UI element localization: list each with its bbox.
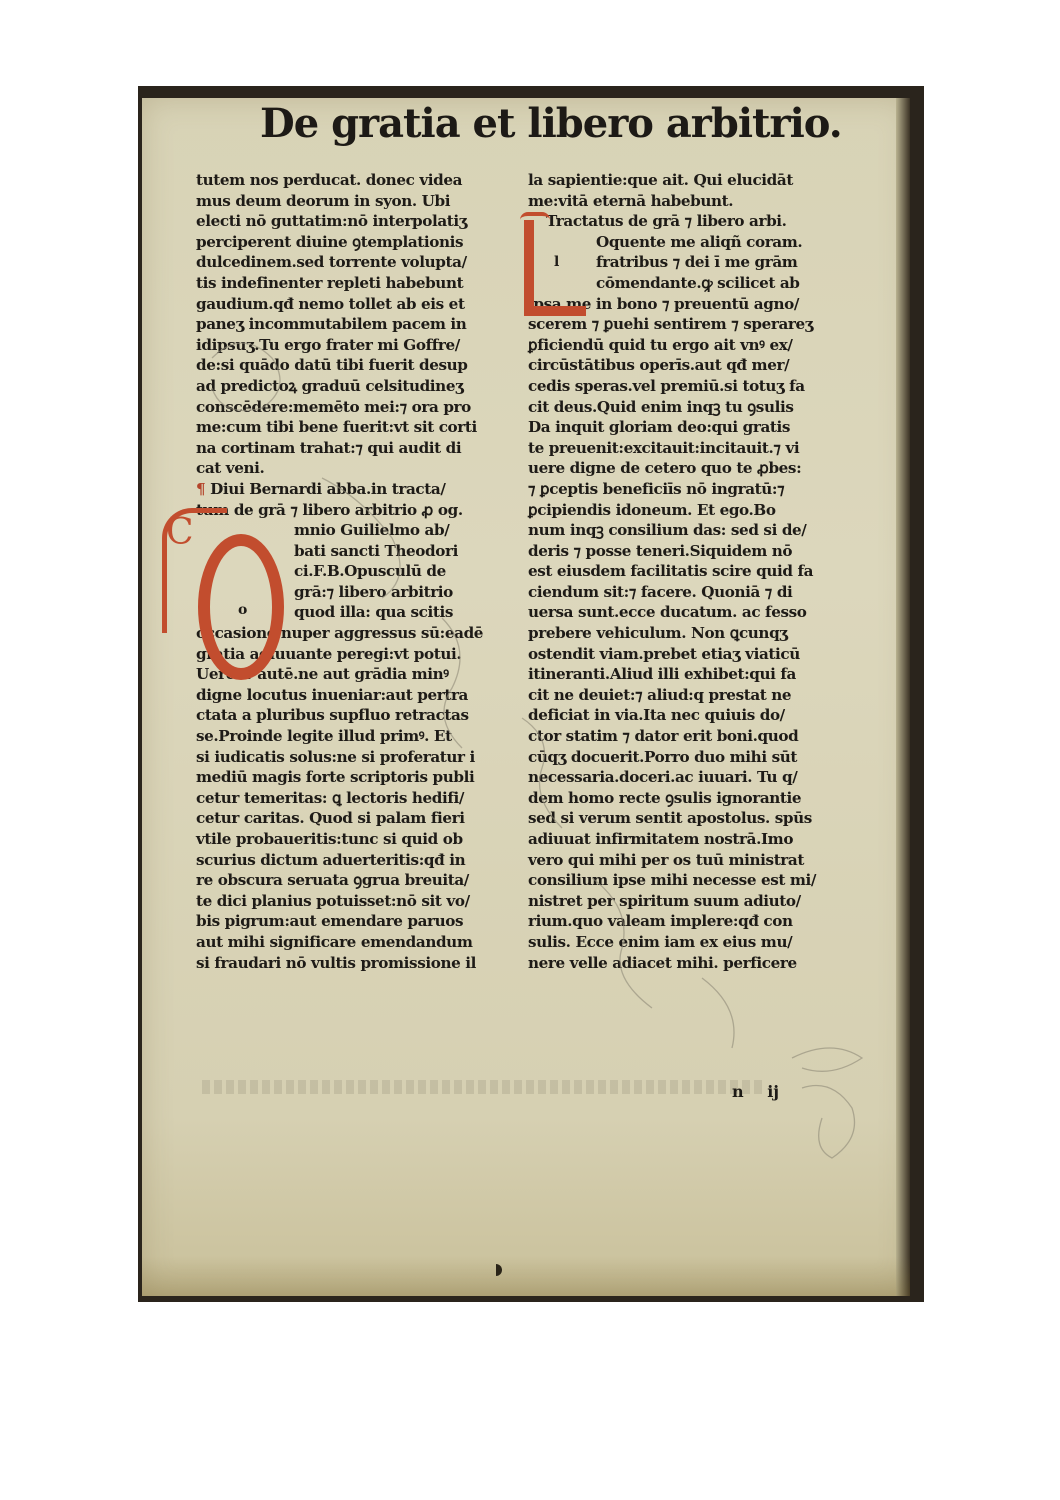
text-line: se.Proinde legite illud primꝰ. Et xyxy=(196,726,536,747)
text-line: consilium ipse mihi necesse est mi/ xyxy=(528,870,878,891)
text-line: necessaria.doceri.ac iuuari. Tu q/ xyxy=(528,767,878,788)
text-line: ciendum sit:⁊ facere. Quoniā ⁊ di xyxy=(528,582,878,603)
text-line: vero qui mihi per os tuū ministrat xyxy=(528,850,878,871)
text-line: ꝑcipiendis idoneum. Et ego.Bo xyxy=(528,500,878,521)
text-line: nistret per spiritum suum adiuto/ xyxy=(528,891,878,912)
text-line: gaudium.qđ nemo tollet ab eis et xyxy=(196,294,536,315)
text-line: prebere vehiculum. Non ꝗcunqʒ xyxy=(528,623,878,644)
text-line: me:vitā eternā habebunt. xyxy=(528,191,878,212)
text-line: bis pigrum:aut emendare paruos xyxy=(196,911,536,932)
text-line: cūqʒ docuerit.Porro duo mihi sūt xyxy=(528,747,878,768)
text-line: si fraudari nō vultis promissione il xyxy=(196,953,536,974)
scanned-page-frame: De gratia et libero arbitrio. tutem nos … xyxy=(138,86,924,1302)
text-line: ctor statim ⁊ dator erit boni.quod xyxy=(528,726,878,747)
leaf-foot-stain xyxy=(142,1256,910,1296)
rubric-heading-line: ¶ Diui Bernardi abba.in tracta/ xyxy=(196,479,536,500)
text-line: ostendit viam.prebet etiaʒ viaticū xyxy=(528,644,878,665)
text-line: digne locutus inueniar:aut pertra xyxy=(196,685,536,706)
text-line: cit deus.Quid enim inqꝫ tu ꝯsulis xyxy=(528,397,878,418)
heading-text: Diui Bernardi abba.in tracta/ xyxy=(210,480,445,498)
text-line: itineranti.Aliud illi exhibet:qui fa xyxy=(528,664,878,685)
text-line: perciperent diuine ꝯtemplationis xyxy=(196,232,536,253)
text-line: re obscura seruata ꝯgrua breuita/ xyxy=(196,870,536,891)
text-line: cit ne deuiet:⁊ aliud:q prestat ne xyxy=(528,685,878,706)
text-line: idipsuʒ.Tu ergo frater mi Goffre/ xyxy=(196,335,536,356)
text-line: ad predictoꝝ graduū celsitudineʒ xyxy=(196,376,536,397)
text-line: ꝑficiendū quid tu ergo ait vnꝰ ex/ xyxy=(528,335,878,356)
ink-offset-ghost-line xyxy=(202,1080,762,1094)
text-line: cetur caritas. Quod si palam fieri xyxy=(196,808,536,829)
guide-letter: l xyxy=(554,254,559,270)
text-line: la sapientie:que ait. Qui elucidāt xyxy=(528,170,878,191)
text-line: ctata a pluribus supfluo retractas xyxy=(196,705,536,726)
text-line: circūstātibus operīs.aut qđ mer/ xyxy=(528,355,878,376)
rubricated-initial-o: o xyxy=(198,534,284,680)
text-line: scurius dictum aduerteritis:qđ in xyxy=(196,850,536,871)
guide-letter: o xyxy=(238,602,247,618)
text-line: si iudicatis solus:ne si proferatur i xyxy=(196,747,536,768)
text-line: mediū magis forte scriptoris publi xyxy=(196,767,536,788)
signature-mark: n ij xyxy=(732,1082,779,1101)
text-line: tis indefinenter repleti habebunt xyxy=(196,273,536,294)
rubricated-initial-l: l xyxy=(524,220,586,316)
text-line: te dici planius potuisset:nō sit vo/ xyxy=(196,891,536,912)
text-line: uere digne de cetero quo te ꝓbes: xyxy=(528,458,878,479)
text-line: electi nō guttatim:nō interpolatiʒ xyxy=(196,211,536,232)
text-line: cat veni. xyxy=(196,458,536,479)
running-head: De gratia et libero arbitrio. xyxy=(260,100,780,147)
text-line: cedis speras.vel premiū.si totuʒ fa xyxy=(528,376,878,397)
paper-leaf: De gratia et libero arbitrio. tutem nos … xyxy=(142,98,910,1296)
text-line: sed si verum sentit apostolus. spūs xyxy=(528,808,878,829)
text-line: nere velle adiacet mihi. perficere xyxy=(528,953,878,974)
text-line: vtile probaueritis:tunc si quid ob xyxy=(196,829,536,850)
text-line: deris ⁊ posse teneri.Siquidem nō xyxy=(528,541,878,562)
text-line: de:si quādo datū tibi fuerit desup xyxy=(196,355,536,376)
text-line: mus deum deorum in syon. Ubi xyxy=(196,191,536,212)
text-line: dem homo recte ꝯsulis ignorantie xyxy=(528,788,878,809)
text-line: scerem ⁊ ꝑuehi sentirem ⁊ sperareʒ xyxy=(528,314,878,335)
text-line: uersa sunt.ecce ducatum. ac fesso xyxy=(528,602,878,623)
text-line: ⁊ ꝑceptis beneficiīs nō ingratū:⁊ xyxy=(528,479,878,500)
text-line: num inqꝫ consilium das: sed si de/ xyxy=(528,520,878,541)
text-line: cetur temeritas: ꝗ lectoris hedifi/ xyxy=(196,788,536,809)
text-line: tutem nos perducat. donec videa xyxy=(196,170,536,191)
text-line: Da inquit gloriam deo:qui gratis xyxy=(528,417,878,438)
leaf-edge-shadow xyxy=(896,98,910,1296)
text-line: deficiat in via.Ita nec quiuis do/ xyxy=(528,705,878,726)
text-line: dulcedinem.sed torrente volupta/ xyxy=(196,252,536,273)
text-line: te preuenit:excitauit:incitauit.⁊ vi xyxy=(528,438,878,459)
text-line: sulis. Ecce enim iam ex eius mu/ xyxy=(528,932,878,953)
text-line: aut mihi significare emendandum xyxy=(196,932,536,953)
text-line: rium.quo valeam implere:qđ con xyxy=(528,911,878,932)
text-line: est eiusdem facilitatis scire quid fa xyxy=(528,561,878,582)
text-line: adiuuat infirmitatem nostrā.Imo xyxy=(528,829,878,850)
paragraph-mark-icon: ¶ xyxy=(196,480,210,498)
text-line: me:cum tibi bene fuerit:vt sit corti xyxy=(196,417,536,438)
text-line: na cortinam trahat:⁊ qui audit di xyxy=(196,438,536,459)
text-line: conscēdere:memēto mei:⁊ ora pro xyxy=(196,397,536,418)
text-line: paneʒ incommutabilem pacem in xyxy=(196,314,536,335)
rubric-heading-line: tum de grā ⁊ libero arbitrio ꝓ og. xyxy=(196,500,536,521)
